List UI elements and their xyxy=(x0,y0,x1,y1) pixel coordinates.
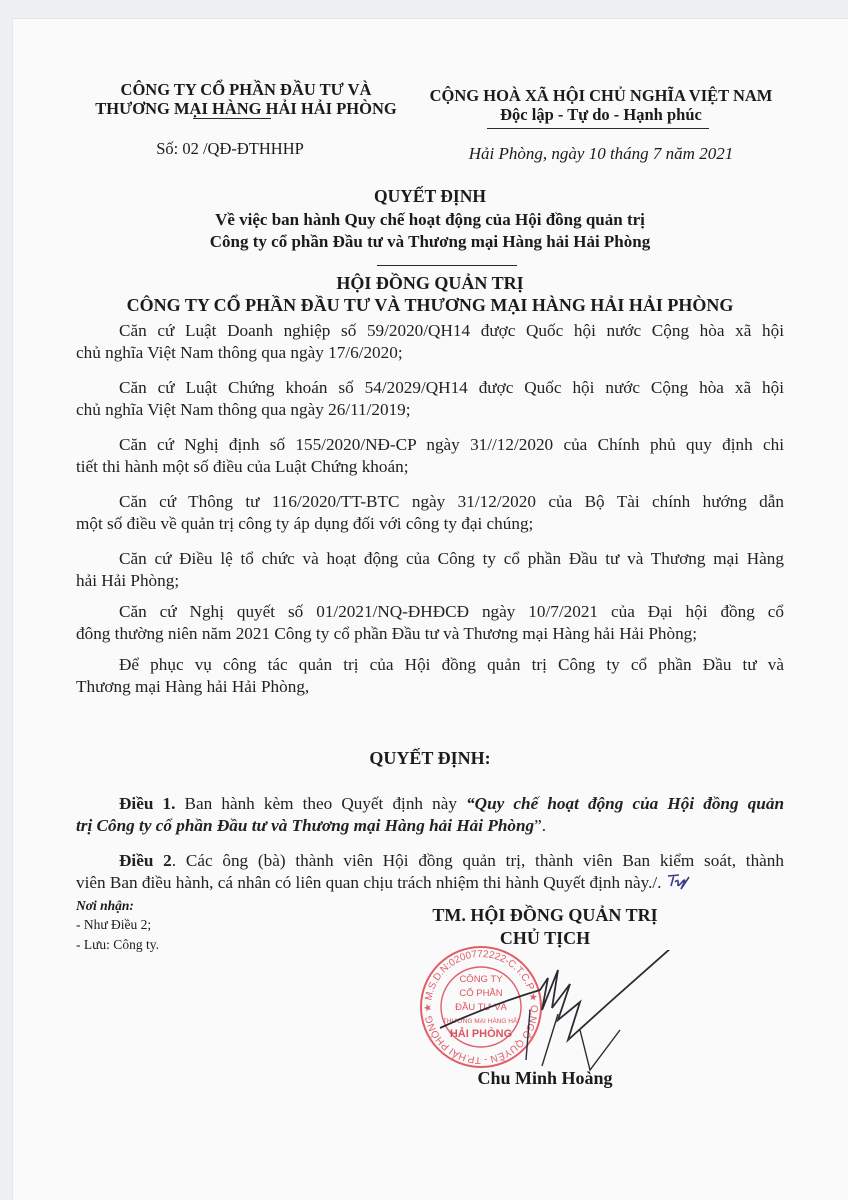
company-name-line1: CÔNG TY CỔ PHẦN ĐẦU TƯ VÀ xyxy=(96,80,396,100)
place-and-date: Hải Phòng, ngày 10 tháng 7 năm 2021 xyxy=(412,144,790,164)
legal-basis-text: Căn cứ Nghị định số 155/2020/NĐ-CP ngày … xyxy=(76,434,784,456)
issuer-line2: CÔNG TY CỔ PHẦN ĐẦU TƯ VÀ THƯƠNG MẠI HÀN… xyxy=(12,295,848,316)
decision-heading: QUYẾT ĐỊNH: xyxy=(12,748,848,769)
article-2-text: . Các ông (bà) thành viên Hội đồng quản … xyxy=(172,851,784,870)
legal-basis-text: một số điều về quản trị công ty áp dụng … xyxy=(76,513,784,535)
article-1-label: Điều 1. xyxy=(119,794,175,813)
legal-basis-text: Để phục vụ công tác quản trị của Hội đồn… xyxy=(76,654,784,676)
nation-name: CỘNG HOÀ XÃ HỘI CHỦ NGHĨA VIỆT NAM xyxy=(412,86,790,106)
recipients-label: Nơi nhận: xyxy=(76,898,134,914)
national-motto: Độc lập - Tự do - Hạnh phúc xyxy=(412,105,790,125)
legal-basis-3: Căn cứ Nghị định số 155/2020/NĐ-CP ngày … xyxy=(76,434,784,478)
company-name-line2: THƯƠNG MẠI HÀNG HẢI HẢI PHÒNG xyxy=(84,99,408,119)
legal-basis-text: tiết thi hành một số điều của Luật Chứng… xyxy=(76,456,784,478)
legal-basis-text: Căn cứ Điều lệ tổ chức và hoạt động của … xyxy=(76,548,784,570)
document-title: QUYẾT ĐỊNH xyxy=(12,186,848,207)
article-1-line2: trị Công ty cổ phần Đầu tư và Thương mại… xyxy=(76,815,784,837)
legal-basis-text: Căn cứ Luật Chứng khoán số 54/2029/QH14 … xyxy=(76,377,784,399)
legal-basis-2: Căn cứ Luật Chứng khoán số 54/2029/QH14 … xyxy=(76,377,784,421)
legal-basis-text: Căn cứ Nghị quyết số 01/2021/NQ-ĐHĐCĐ ng… xyxy=(76,601,784,623)
legal-basis-text: chủ nghĩa Việt Nam thông qua ngày 26/11/… xyxy=(76,399,784,421)
subject-line1: Về việc ban hành Quy chế hoạt động của H… xyxy=(12,210,848,230)
article-1-quote-cont: trị Công ty cổ phần Đầu tư và Thương mại… xyxy=(76,816,534,835)
legal-basis-4: Căn cứ Thông tư 116/2020/TT-BTC ngày 31/… xyxy=(76,491,784,535)
issuer-line1: HỘI ĐỒNG QUẢN TRỊ xyxy=(12,273,848,294)
article-2: Điều 2. Các ông (bà) thành viên Hội đồng… xyxy=(76,850,784,894)
legal-basis-6: Căn cứ Nghị quyết số 01/2021/NQ-ĐHĐCĐ ng… xyxy=(76,601,784,645)
subject-underline xyxy=(377,265,517,266)
article-1-line1: Điều 1. Ban hành kèm theo Quyết định này… xyxy=(76,793,784,815)
article-1-end: ”. xyxy=(534,816,546,835)
legal-basis-5: Căn cứ Điều lệ tổ chức và hoạt động của … xyxy=(76,548,784,592)
signature-on-behalf: TM. HỘI ĐỒNG QUẢN TRỊ xyxy=(420,905,670,926)
article-2-line1: Điều 2. Các ông (bà) thành viên Hội đồng… xyxy=(76,850,784,872)
motto-underline xyxy=(487,128,709,129)
article-2-line2: viên Ban điều hành, cá nhân có liên quan… xyxy=(76,872,784,894)
article-1-quote: “Quy chế hoạt động của Hội đồng quản xyxy=(466,794,784,813)
article-2-label: Điều 2 xyxy=(119,851,172,870)
legal-basis-1: Căn cứ Luật Doanh nghiệp số 59/2020/QH14… xyxy=(76,320,784,364)
legal-basis-text: đông thường niên năm 2021 Công ty cổ phầ… xyxy=(76,623,784,645)
subject-line2: Công ty cổ phần Đầu tư và Thương mại Hàn… xyxy=(12,232,848,252)
article-1: Điều 1. Ban hành kèm theo Quyết định này… xyxy=(76,793,784,837)
recipient-item: - Lưu: Công ty. xyxy=(76,937,159,953)
article-1-text: Ban hành kèm theo Quyết định này xyxy=(175,794,466,813)
legal-basis-text: Thương mại Hàng hải Hải Phòng, xyxy=(76,676,784,698)
legal-basis-text: Căn cứ Luật Doanh nghiệp số 59/2020/QH14… xyxy=(76,320,784,342)
legal-basis-text: Căn cứ Thông tư 116/2020/TT-BTC ngày 31/… xyxy=(76,491,784,513)
company-underline xyxy=(193,118,271,119)
legal-basis-text: hải Hải Phòng; xyxy=(76,570,784,592)
initials-mark-icon xyxy=(665,872,691,892)
article-2-text-cont: viên Ban điều hành, cá nhân có liên quan… xyxy=(76,873,661,892)
legal-basis-7: Để phục vụ công tác quản trị của Hội đồn… xyxy=(76,654,784,698)
legal-basis-text: chủ nghĩa Việt Nam thông qua ngày 17/6/2… xyxy=(76,342,784,364)
document-number: Số: 02 /QĐ-ĐTHHHP xyxy=(110,139,350,159)
recipient-item: - Như Điều 2; xyxy=(76,917,151,933)
signer-name: Chu Minh Hoàng xyxy=(420,1068,670,1089)
